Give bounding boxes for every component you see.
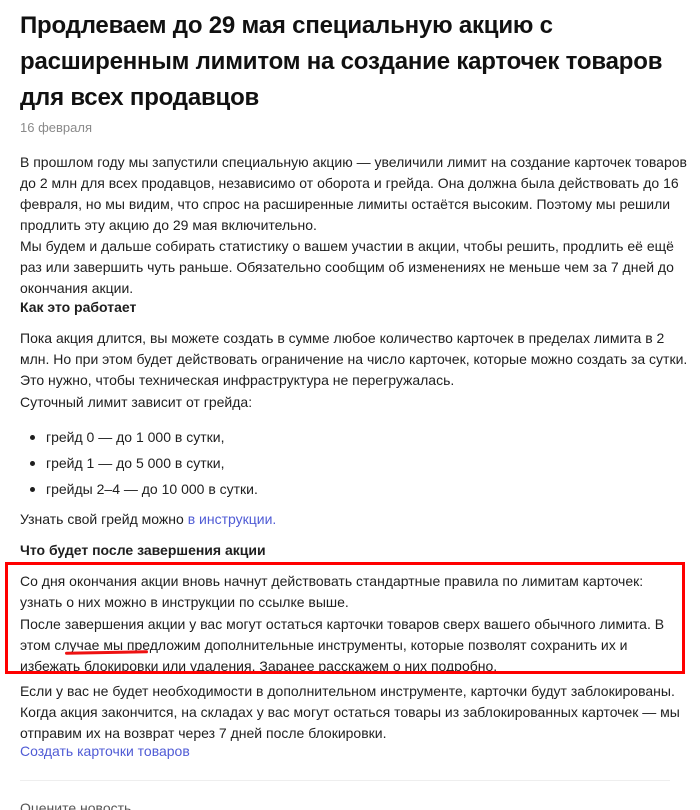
highlight-box-annotation [5,562,685,674]
article-date: 16 февраля [20,120,92,135]
stats-paragraph: Мы будем и дальше собирать статистику о … [20,236,688,299]
create-cards-link[interactable]: Создать карточки товаров [20,741,190,762]
grade-item: грейды 2–4 — до 10 000 в сутки. [20,476,258,502]
article-title: Продлеваем до 29 мая специальную акцию с… [20,8,690,116]
after-end-paragraph-3: Если у вас не будет необходимости в допо… [20,681,680,744]
rate-news-label: Оцените новость [20,800,131,810]
how-it-works-paragraph: Пока акция длится, вы можете создать в с… [20,328,688,391]
grade-hint-text: Узнать свой грейд можно [20,511,188,527]
grade-hint: Узнать свой грейд можно в инструкции. [20,509,688,530]
divider [20,780,670,781]
instruction-link[interactable]: в инструкции. [188,511,277,527]
grade-item: грейд 1 — до 5 000 в сутки, [20,450,258,476]
how-it-works-heading: Как это работает [20,297,136,318]
after-end-heading: Что будет после завершения акции [20,540,266,561]
daily-limit-intro: Суточный лимит зависит от грейда: [20,392,688,413]
grades-list: грейд 0 — до 1 000 в сутки, грейд 1 — до… [20,424,258,502]
intro-paragraph: В прошлом году мы запустили специальную … [20,152,688,236]
grade-item: грейд 0 — до 1 000 в сутки, [20,424,258,450]
